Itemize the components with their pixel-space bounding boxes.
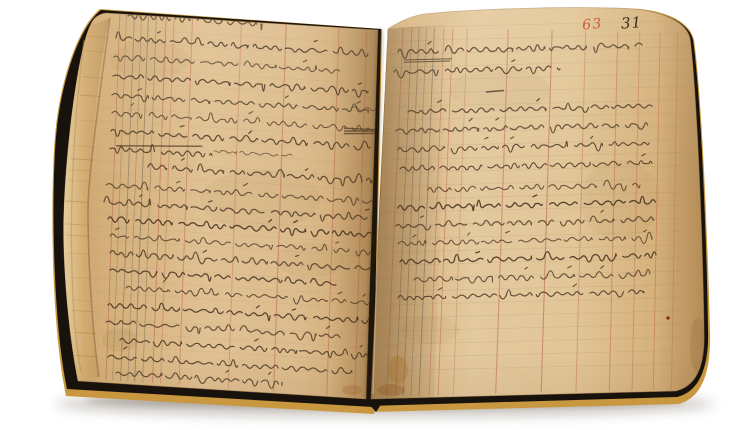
notebook-scene: 63 31: [0, 0, 750, 430]
left-cover-sliver: [55, 233, 62, 274]
notebook-photo: 63 31: [0, 0, 750, 430]
page-number: 31: [620, 13, 642, 32]
folio-number-red: 63: [581, 16, 603, 34]
